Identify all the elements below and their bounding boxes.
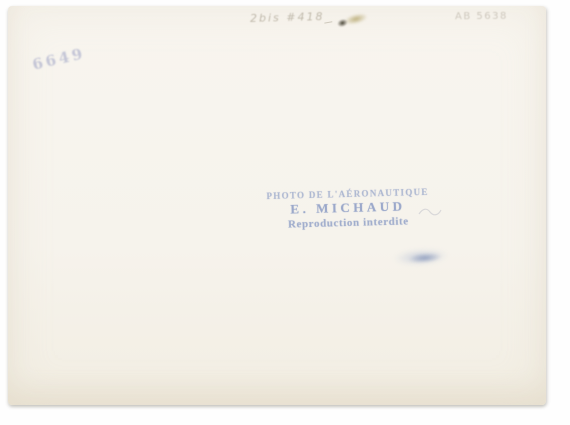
scan-background: 2bis #418 AB 5638 6649 PHOTO DE L'AÉRONA… [0, 0, 570, 425]
pencil-annotation-top-right: AB 5638 [455, 11, 508, 22]
pencil-tick-mark [324, 17, 333, 23]
violet-number-stamp: 6649 [31, 44, 87, 74]
residue-streak-smudge [343, 11, 369, 27]
photo-card: 2bis #418 AB 5638 6649 PHOTO DE L'AÉRONA… [8, 6, 546, 405]
pencil-annotation-top-center: 2bis #418 [250, 10, 325, 25]
pencil-squiggle-mark [417, 205, 443, 219]
